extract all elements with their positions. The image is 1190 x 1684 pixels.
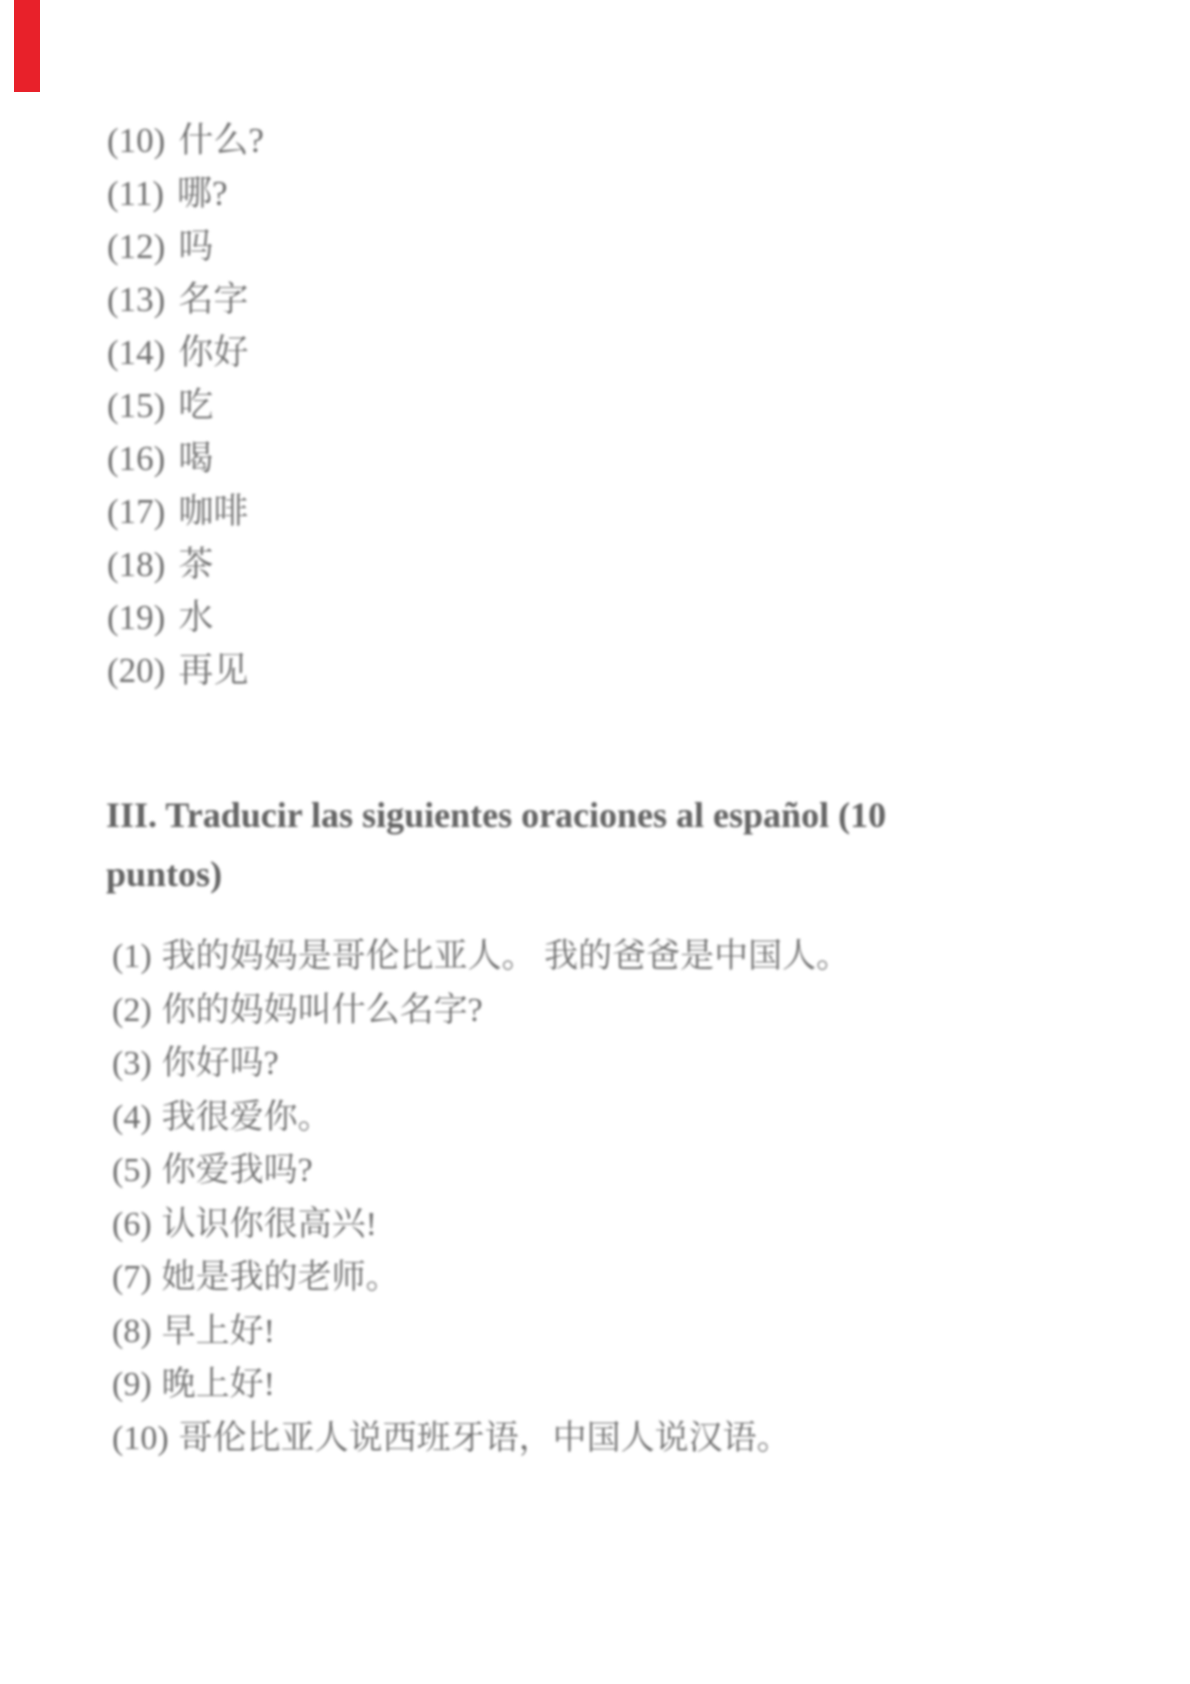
vocab-item: (16)喝 xyxy=(107,432,264,485)
sentence-item: (10)哥伦比亚人说西班牙语，中国人说汉语。 xyxy=(112,1412,850,1466)
vocab-item-number: (18) xyxy=(107,538,165,591)
sentence-item: (6)认识你很高兴! xyxy=(112,1198,850,1252)
sentence-text: 你的妈妈叫什么名字? xyxy=(162,992,483,1029)
sentence-text: 认识你很高兴! xyxy=(162,1206,377,1243)
vocab-item-number: (11) xyxy=(107,167,164,220)
sentence-number: (4) xyxy=(112,1091,152,1145)
sentence-number: (7) xyxy=(112,1251,152,1305)
vocab-item: (11)哪? xyxy=(107,167,264,220)
sentence-number: (6) xyxy=(112,1198,152,1252)
vocab-item: (17)咖啡 xyxy=(107,485,264,538)
vocab-item-text: 什么? xyxy=(178,121,264,160)
scanned-exam-page: (10)什么? (11)哪? (12)吗 (13)名字 (14)你好 (15)吃… xyxy=(0,0,1190,1684)
vocab-item-number: (19) xyxy=(107,591,165,644)
sentence-item: (9)晚上好! xyxy=(112,1358,850,1412)
vocab-item-number: (13) xyxy=(107,273,165,326)
section-title-line: III. Traducir las siguientes oraciones a… xyxy=(106,786,976,845)
sentence-item: (7)她是我的老师。 xyxy=(112,1251,850,1305)
vocab-item-number: (12) xyxy=(107,220,165,273)
vocab-item-text: 咖啡 xyxy=(178,492,248,531)
red-page-edge-marker xyxy=(14,0,40,92)
vocab-item: (20)再见 xyxy=(107,644,264,697)
vocab-item-number: (20) xyxy=(107,644,165,697)
vocab-item-text: 喝 xyxy=(178,439,213,478)
vocab-item: (15)吃 xyxy=(107,379,264,432)
sentence-number: (8) xyxy=(112,1305,152,1359)
vocab-item-number: (15) xyxy=(107,379,165,432)
vocab-item-text: 名字 xyxy=(178,280,248,319)
vocab-item-text: 茶 xyxy=(178,545,213,584)
sentence-text: 你好吗? xyxy=(162,1045,279,1082)
vocab-item: (13)名字 xyxy=(107,273,264,326)
section-title-line: puntos) xyxy=(106,845,976,904)
vocab-item-number: (16) xyxy=(107,432,165,485)
vocab-item-number: (17) xyxy=(107,485,165,538)
sentence-text: 我很爱你。 xyxy=(162,1099,332,1136)
vocab-item: (12)吗 xyxy=(107,220,264,273)
sentence-number: (2) xyxy=(112,984,152,1038)
sentence-item: (8)早上好! xyxy=(112,1305,850,1359)
vocabulary-list: (10)什么? (11)哪? (12)吗 (13)名字 (14)你好 (15)吃… xyxy=(107,114,264,697)
sentence-text: 晚上好! xyxy=(162,1366,275,1403)
sentence-item: (3)你好吗? xyxy=(112,1037,850,1091)
sentence-number: (5) xyxy=(112,1144,152,1198)
vocab-item-number: (10) xyxy=(107,114,165,167)
sentence-text: 她是我的老师。 xyxy=(162,1259,400,1296)
vocab-item: (14)你好 xyxy=(107,326,264,379)
vocab-item-text: 吃 xyxy=(178,386,213,425)
sentence-item: (1)我的妈妈是哥伦比亚人。 我的爸爸是中国人。 xyxy=(112,930,850,984)
sentence-number: (9) xyxy=(112,1358,152,1412)
vocab-item: (19)水 xyxy=(107,591,264,644)
sentence-number: (3) xyxy=(112,1037,152,1091)
sentence-number: (1) xyxy=(112,930,152,984)
translation-sentence-list: (1)我的妈妈是哥伦比亚人。 我的爸爸是中国人。 (2)你的妈妈叫什么名字? (… xyxy=(112,930,850,1465)
sentence-text: 我的妈妈是哥伦比亚人。 我的爸爸是中国人。 xyxy=(162,938,851,975)
sentence-item: (4)我很爱你。 xyxy=(112,1091,850,1145)
sentence-number: (10) xyxy=(112,1412,169,1466)
vocab-item-text: 水 xyxy=(178,598,213,637)
vocab-item: (18)茶 xyxy=(107,538,264,591)
section-title: III. Traducir las siguientes oraciones a… xyxy=(106,786,976,904)
vocab-item-text: 哪? xyxy=(177,174,228,213)
vocab-item-number: (14) xyxy=(107,326,165,379)
sentence-text: 你爱我吗? xyxy=(162,1152,313,1189)
sentence-item: (2)你的妈妈叫什么名字? xyxy=(112,984,850,1038)
sentence-text: 哥伦比亚人说西班牙语，中国人说汉语。 xyxy=(179,1420,791,1457)
sentence-text: 早上好! xyxy=(162,1313,275,1350)
vocab-item: (10)什么? xyxy=(107,114,264,167)
vocab-item-text: 你好 xyxy=(178,333,248,372)
vocab-item-text: 再见 xyxy=(178,651,248,690)
sentence-item: (5)你爱我吗? xyxy=(112,1144,850,1198)
vocab-item-text: 吗 xyxy=(178,227,213,266)
